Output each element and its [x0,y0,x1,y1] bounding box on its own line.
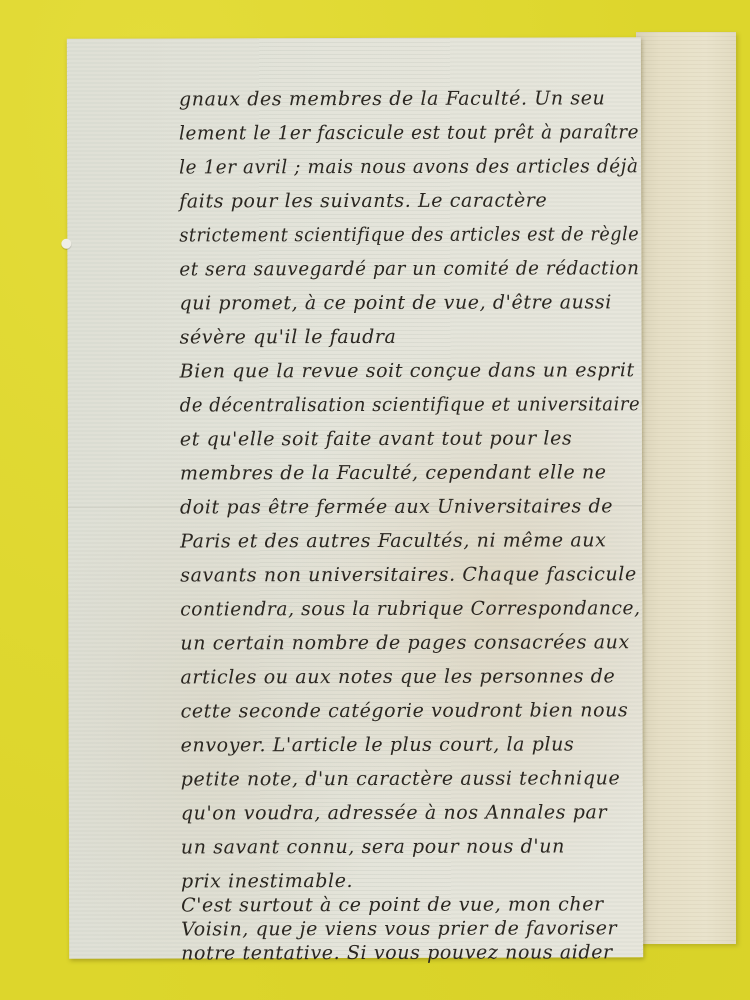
handwritten-line: un certain nombre de pages consacrées au… [180,633,629,653]
handwritten-line: petite note, d'un caractère aussi techni… [181,769,621,789]
handwritten-line: notre tentative. Si vous pouvez nous aid… [181,943,613,963]
letter-page: gnaux des membres de la Faculté. Un seu … [67,37,643,958]
handwritten-line: C'est surtout à ce point de vue, mon che… [181,895,604,915]
handwritten-line: contiendra, sous la rubrique Corresponda… [180,599,640,619]
handwritten-line: qui promet, à ce point de vue, d'être au… [179,293,611,313]
handwritten-line: Paris et des autres Facultés, ni même au… [180,531,606,551]
handwritten-line: strictement scientifique des articles es… [179,225,639,245]
handwritten-line: un savant connu, sera pour nous d'un [181,837,565,857]
handwritten-line: membres de la Faculté, cependant elle ne [180,463,607,483]
handwritten-line: Bien que la revue soit conçue dans un es… [180,361,635,381]
handwritten-line: de décentralisation scientifique et univ… [180,395,641,415]
handwritten-line: faits pour les suivants. Le caractère [179,191,547,211]
paper-tear [61,239,71,249]
handwritten-line: et qu'elle soit faite avant tout pour le… [180,429,572,449]
handwritten-line: et sera sauvegardé par un comité de réda… [179,259,639,279]
handwritten-line: doit pas être fermée aux Universitaires … [180,497,613,517]
rear-folded-sheet [636,32,736,944]
handwritten-line: lement le 1er fascicule est tout prêt à … [179,123,639,143]
handwritten-line: prix inestimable. [181,872,353,891]
handwritten-line: Voisin, que je viens vous prier de favor… [181,919,617,939]
handwritten-line: envoyer. L'article le plus court, la plu… [181,735,575,755]
handwritten-line: savants non universitaires. Chaque fasci… [180,565,637,585]
handwritten-line: sévère qu'il le faudra [180,328,397,348]
handwritten-line: gnaux des membres de la Faculté. Un seu [179,89,605,109]
handwritten-line: articles ou aux notes que les personnes … [180,667,615,687]
handwritten-line: cette seconde catégorie voudront bien no… [181,701,629,721]
handwritten-line: qu'on voudra, adressée à nos Annales par [181,803,607,823]
handwritten-line: le 1er avril ; mais nous avons des artic… [179,157,638,177]
